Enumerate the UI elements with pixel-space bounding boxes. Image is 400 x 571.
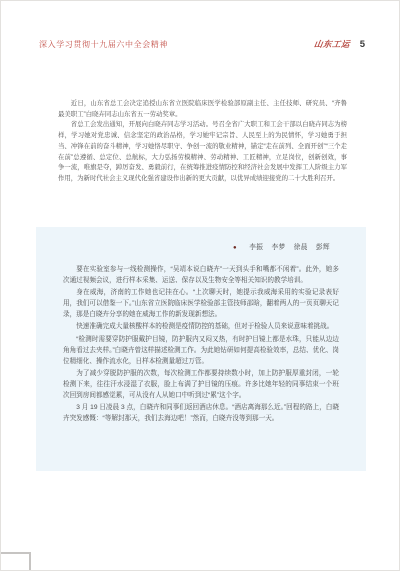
- author-name: 李振: [249, 244, 263, 251]
- magazine-logo: 山东工运: [313, 38, 351, 50]
- article-paragraph: “检测时需要穿防护服戴护目镜，防护服内又闷又热，有时护目镜上都是水珠，只能从边边…: [63, 334, 339, 367]
- author-name: 李梦: [272, 244, 286, 251]
- article-paragraph: 为了减少穿脱防护服的次数，每次检测工作都要持续数小时，加上防护服厚重封闭，一轮检…: [63, 368, 339, 401]
- article-paragraph: 身在威海，济南的工作她也记挂在心。“上次聊天时，她提示我威海采用的实验记录表好用…: [63, 287, 339, 320]
- intro-paragraph: 省总工会发出通知，开展向白晓卉同志学习活动。号召全省广大职工和工会干部以白晓卉同…: [58, 120, 347, 184]
- magazine-page: 深入学习贯彻十九届六中全会精神 山东工运 5 近日，山东省总工会决定追授山东省立…: [0, 0, 400, 571]
- article-box: ● 李振 李梦 徐晨 彭辉 要在实验室参与一线检测操作，“吴靖本说白晓卉”一天到…: [36, 227, 366, 471]
- intro-section: 近日，山东省总工会决定追授山东省立医院临床医学检验部原副主任、主任技师、研究员、…: [58, 99, 347, 185]
- article-paragraph: 要在实验室参与一线检测操作，“吴靖本说白晓卉”一天到头手和嘴都不闲着”。此外，她…: [63, 264, 339, 286]
- article-paragraph: 快速准确完成大量核酸样本的检测是疫情防控的基础，但对于检验人员来说意味着挑战。: [63, 321, 339, 332]
- author-name: 徐晨: [294, 244, 308, 251]
- article-paragraph: 3 月 19 日凌晨 3 点，白晓卉和同事们返回酒店休息。“酒店离海那么近。”回…: [63, 402, 339, 424]
- author-name: 彭辉: [316, 244, 330, 251]
- author-bullet-icon: ●: [233, 245, 237, 251]
- scan-corner-mark: [1, 552, 31, 571]
- intro-paragraph: 近日，山东省总工会决定追授山东省立医院临床医学检验部原副主任、主任技师、研究员、…: [58, 99, 347, 120]
- page-number: 5: [360, 39, 365, 50]
- byline: ● 李振 李梦 徐晨 彭辉: [63, 241, 339, 251]
- page-header: 深入学习贯彻十九届六中全会精神 山东工运 5: [39, 38, 365, 50]
- header-right: 山东工运 5: [314, 38, 365, 50]
- section-banner: 深入学习贯彻十九届六中全会精神: [39, 39, 168, 50]
